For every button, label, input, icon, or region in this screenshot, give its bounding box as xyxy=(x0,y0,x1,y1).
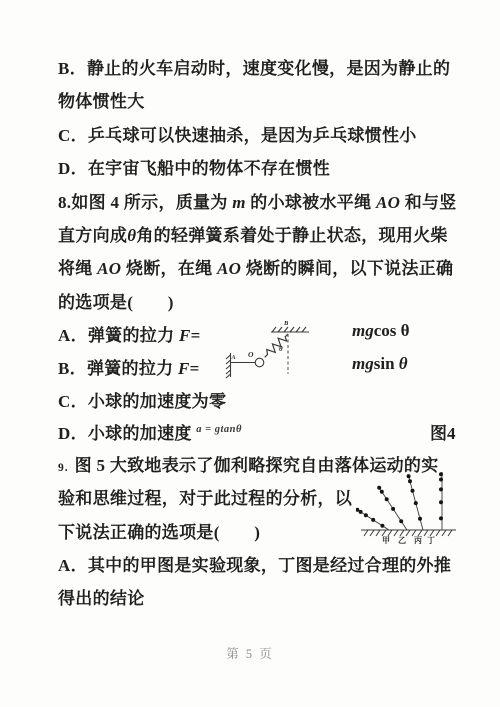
q9-option-a-line1: A．其中的甲图是实验现象，丁图是经过合理的外推 xyxy=(58,551,451,576)
equals-sign: = xyxy=(190,359,200,378)
label-yi: 乙 xyxy=(398,536,406,545)
var-F: F xyxy=(178,359,190,378)
figure5-galileo-diagram: 甲 乙 丙 丁 xyxy=(356,466,484,554)
q8-option-b: B．弹簧的拉力 F= xyxy=(58,354,200,379)
label-theta: θ xyxy=(279,345,283,353)
q8-stem-text: 角的轻弹簧系着处于静止状态，现用火柴 xyxy=(136,226,447,245)
q9-number: 9. xyxy=(58,462,75,474)
var-AO: AO xyxy=(97,259,121,278)
equals-sign: = xyxy=(191,326,201,345)
wall xyxy=(226,353,231,378)
q8-stem-text: 的小球被水平绳 xyxy=(246,193,376,212)
q8-stem-line2: 直方向成θ角的轻弹簧系着处于静止状态，现用火柴 xyxy=(58,221,448,246)
q8-stem-line3: 将绳 AO 烧断，在绳 AO 烧断的瞬间，以下说法正确 xyxy=(58,254,453,279)
label-bing: 丙 xyxy=(414,535,422,545)
var-AO: AO xyxy=(376,193,400,212)
var-mg: mg xyxy=(352,321,374,340)
q8-option-b-formula: mgsin θ xyxy=(352,354,408,374)
page-number: 第 5 页 xyxy=(0,644,500,662)
q9-option-a-line2: 得出的结论 xyxy=(58,584,145,609)
cos-theta: cos θ xyxy=(374,321,410,340)
figure4-caption: 图4 xyxy=(430,419,456,444)
label-ding: 丁 xyxy=(427,535,435,545)
var-theta: θ xyxy=(127,226,136,245)
q7-option-b-line2: 物体惯性大 xyxy=(58,87,145,112)
var-m: m xyxy=(232,193,246,212)
q8-option-a: A．弹簧的拉力 F= xyxy=(58,321,201,346)
q9-stem-line2: 验和思维过程，对于此过程的分析，以 xyxy=(58,484,352,509)
sin-text: sin xyxy=(374,354,399,373)
ground xyxy=(361,530,456,536)
label-O: O xyxy=(248,350,254,359)
var-AO: AO xyxy=(217,259,241,278)
q8-stem-text: 烧断的瞬间，以下说法正确 xyxy=(241,259,453,278)
spring-coil xyxy=(262,331,291,360)
label-jia: 甲 xyxy=(382,536,390,545)
q8-stem-text: 直方向成 xyxy=(58,226,127,245)
q7-option-b-line1: B．静止的火车启动时，速度变化慢，是因为静止的 xyxy=(58,54,450,79)
formula-a-gtantheta: a = gtanθ xyxy=(196,424,242,435)
q7-option-c: C．乒乓球可以快速抽杀，是因为乒乓球惯性小 xyxy=(58,121,417,146)
q8-option-b-text: B．弹簧的拉力 xyxy=(58,359,178,378)
q8-stem-line1: 8.如图 4 所示，质量为 m 的小球被水平绳 AO 和与竖 xyxy=(58,188,457,213)
q7-option-d: D．在宇宙飞船中的物体不存在惯性 xyxy=(58,154,330,179)
q8-stem-text: 烧断，在绳 xyxy=(121,259,217,278)
label-A: A xyxy=(231,355,236,361)
q8-option-c: C．小球的加速度为零 xyxy=(58,387,226,412)
q8-option-d: D．小球的加速度 a = gtanθ xyxy=(58,419,242,444)
ball-positions xyxy=(356,472,443,528)
ball xyxy=(255,358,264,367)
q8-option-a-formula: mgcos θ xyxy=(352,321,410,341)
label-B: B xyxy=(283,320,289,327)
figure4-spring-diagram: B θ O A xyxy=(224,316,324,396)
exam-page: B．静止的火车启动时，速度变化慢，是因为静止的 物体惯性大 C．乒乓球可以快速抽… xyxy=(0,0,500,707)
var-F: F xyxy=(179,326,191,345)
q8-option-a-text: A．弹簧的拉力 xyxy=(58,326,179,345)
q8-stem-line4: 的选项是( ) xyxy=(58,288,174,313)
q9-stem-line3: 下说法正确的选项是( ) xyxy=(58,518,260,543)
var-mg: mg xyxy=(352,354,374,373)
q8-option-d-text: D．小球的加速度 xyxy=(58,424,196,443)
q8-stem-text: 8.如图 4 所示，质量为 xyxy=(58,193,232,212)
var-theta: θ xyxy=(399,354,408,373)
q8-stem-text: 和与竖 xyxy=(400,193,456,212)
q8-stem-text: 将绳 xyxy=(58,259,97,278)
ceiling xyxy=(271,327,309,332)
